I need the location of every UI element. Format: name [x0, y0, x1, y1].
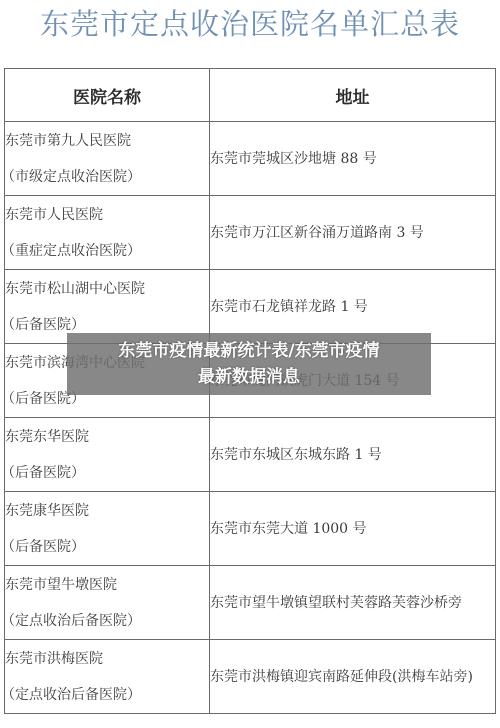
- table-row: 东莞东华医院 （后备医院） 东莞市东城区东城东路 1 号: [5, 418, 496, 492]
- hospital-name: 东莞市人民医院: [5, 197, 209, 233]
- hospital-name-cell: 东莞市望牛墩医院 （定点收治后备医院）: [5, 566, 210, 640]
- table-row: 东莞康华医院 （后备医院） 东莞市东莞大道 1000 号: [5, 492, 496, 566]
- caption-line-2: 最新数据消息: [67, 364, 431, 390]
- hospital-name-cell: 东莞市第九人民医院 （市级定点收治医院）: [5, 122, 210, 196]
- hospital-name: 东莞康华医院: [5, 493, 209, 529]
- hospital-address: 东莞市莞城区沙地塘 88 号: [210, 122, 496, 196]
- header-hospital-name: 医院名称: [5, 69, 210, 122]
- table-row: 东莞市望牛墩医院 （定点收治后备医院） 东莞市望牛墩镇望联村芙蓉路芙蓉沙桥旁: [5, 566, 496, 640]
- hospital-name-cell: 东莞市人民医院 （重症定点收治医院）: [5, 196, 210, 270]
- table-row: 东莞市第九人民医院 （市级定点收治医院） 东莞市莞城区沙地塘 88 号: [5, 122, 496, 196]
- caption-line-1: 东莞市疫情最新统计表/东莞市疫情: [67, 338, 431, 364]
- table-row: 东莞市洪梅医院 （定点收治后备医院） 东莞市洪梅镇迎宾南路延伸段(洪梅车站旁): [5, 640, 496, 714]
- table-row: 东莞市人民医院 （重症定点收治医院） 东莞市万江区新谷涌万道路南 3 号: [5, 196, 496, 270]
- document-title: 东莞市定点收治医院名单汇总表: [0, 6, 500, 42]
- hospital-address: 东莞市东城区东城东路 1 号: [210, 418, 496, 492]
- hospital-type: （定点收治后备医院）: [1, 677, 209, 713]
- hospital-name: 东莞市松山湖中心医院: [5, 271, 209, 307]
- caption-overlay: 东莞市疫情最新统计表/东莞市疫情 最新数据消息: [67, 333, 431, 395]
- hospital-address: 东莞市东莞大道 1000 号: [210, 492, 496, 566]
- header-address: 地址: [210, 69, 496, 122]
- hospital-name: 东莞东华医院: [5, 419, 209, 455]
- hospital-type: （后备医院）: [1, 529, 209, 565]
- hospital-name: 东莞市第九人民医院: [5, 123, 209, 159]
- hospital-name: 东莞市望牛墩医院: [5, 567, 209, 603]
- hospital-address: 东莞市万江区新谷涌万道路南 3 号: [210, 196, 496, 270]
- hospital-address: 东莞市洪梅镇迎宾南路延伸段(洪梅车站旁): [210, 640, 496, 714]
- hospital-name-cell: 东莞康华医院 （后备医院）: [5, 492, 210, 566]
- table-header-row: 医院名称 地址: [5, 69, 496, 122]
- hospital-type: （重症定点收治医院）: [1, 233, 209, 269]
- hospital-name: 东莞市洪梅医院: [5, 641, 209, 677]
- hospital-address: 东莞市望牛墩镇望联村芙蓉路芙蓉沙桥旁: [210, 566, 496, 640]
- hospital-type: （后备医院）: [1, 455, 209, 491]
- hospital-type: （市级定点收治医院）: [1, 159, 209, 195]
- hospital-name-cell: 东莞东华医院 （后备医院）: [5, 418, 210, 492]
- hospital-name-cell: 东莞市洪梅医院 （定点收治后备医院）: [5, 640, 210, 714]
- hospital-type: （定点收治后备医院）: [1, 603, 209, 639]
